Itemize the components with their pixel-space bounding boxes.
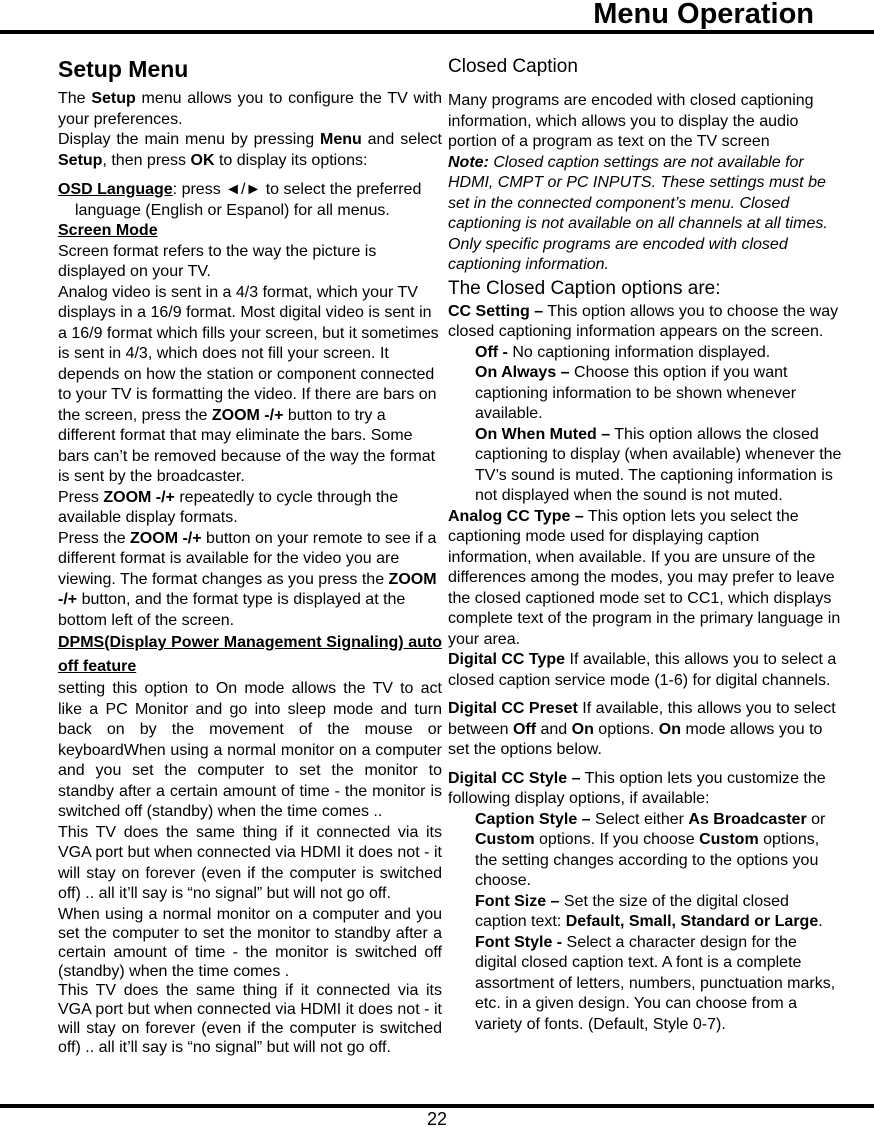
text-run: Digital CC Preset [448,700,578,717]
text-run: Custom [475,831,535,848]
text-run: Display the main menu by pressing [58,131,320,148]
text-run: OSD Language [58,181,173,198]
text-run: Digital CC Type [448,651,565,668]
screen-mode-paragraph-4: Press the ZOOM -/+ button on your remote… [58,529,442,632]
text-run: Select either [591,811,689,828]
text-run: button, and the format type is displayed… [58,591,405,629]
cc-setting-paragraph: CC Setting – This option allows you to c… [448,302,843,343]
text-run: OK [191,152,215,169]
text-run: and [536,721,572,738]
text-run: Note: [448,154,489,171]
page-header-title: Menu Operation [593,0,814,30]
text-run: Default, Small, Standard or Large [566,913,819,930]
text-run: Setup [58,152,102,169]
text-run: Font Size – [475,893,559,910]
text-run: Off - [475,344,508,361]
analog-cc-type-paragraph: Analog CC Type – This option lets you se… [448,507,843,651]
text-run: options. If you choose [535,831,700,848]
text-run: Font Style - [475,934,562,951]
text-run: ZOOM -/+ [130,530,202,547]
digital-cc-type-paragraph: Digital CC Type If available, this allow… [448,650,843,691]
text-run: ZOOM -/+ [103,489,175,506]
digital-cc-style-paragraph: Digital CC Style – This option lets you … [448,769,843,810]
text-run: The [58,90,91,107]
font-size-item: Font Size – Set the size of the digital … [475,892,843,933]
text-run: This option lets you select the captioni… [448,508,840,648]
cc-option-on-always: On Always – Choose this option if you wa… [475,363,843,425]
text-run: to display its options: [215,152,368,169]
text-run: Press [58,489,103,506]
text-run: and select [362,131,442,148]
header-rule [0,30,874,34]
text-run: On [659,721,681,738]
setup-display-paragraph: Display the main menu by pressing Menu a… [58,130,442,171]
osd-language-paragraph: OSD Language: press ◄/► to select the pr… [58,180,442,221]
cc-option-on-when-muted: On When Muted – This option allows the c… [475,425,843,507]
setup-menu-title: Setup Menu [58,56,442,82]
text-run: As Broadcaster [688,811,806,828]
closed-caption-note: Note: Closed caption settings are not av… [448,153,843,276]
dpms-paragraph-3: When using a normal monitor on a compute… [58,905,442,981]
text-run: Off [513,721,536,738]
screen-mode-paragraph-1: Screen format refers to the way the pict… [58,242,442,283]
dpms-paragraph-2: This TV does the same thing if it connec… [58,823,442,905]
text-run: No captioning information displayed. [508,344,770,361]
screen-mode-paragraph-3: Press ZOOM -/+ repeatedly to cycle throu… [58,488,442,529]
text-run: ZOOM -/+ [212,407,284,424]
footer-rule [0,1104,874,1108]
left-column: Setup Menu The Setup menu allows you to … [58,56,442,1057]
text-run: options. [594,721,659,738]
text-run: Setup [91,90,135,107]
text-run: On When Muted – [475,426,610,443]
text-run: On [572,721,594,738]
page-number: 22 [0,1109,874,1130]
text-run: Closed caption settings are not availabl… [448,154,828,274]
dpms-heading: DPMS(Display Power Management Signaling)… [58,631,442,679]
caption-style-item: Caption Style – Select either As Broadca… [475,810,843,892]
cc-option-off: Off - No captioning information displaye… [475,343,843,364]
text-run: , then press [102,152,190,169]
text-run: Press the [58,530,130,547]
screen-mode-paragraph-2: Analog video is sent in a 4/3 format, wh… [58,283,442,488]
text-run: Menu [320,131,362,148]
dpms-paragraph-1: setting this option to On mode allows th… [58,679,442,823]
text-run: Custom [699,831,759,848]
text-run: CC Setting – [448,303,543,320]
setup-intro-paragraph: The Setup menu allows you to configure t… [58,89,442,130]
closed-caption-intro: Many programs are encoded with closed ca… [448,91,843,153]
manual-page: Menu Operation Setup Menu The Setup menu… [0,0,874,1131]
text-run: Analog CC Type – [448,508,584,525]
digital-cc-preset-paragraph: Digital CC Preset If available, this all… [448,699,843,761]
text-run: or [807,811,826,828]
text-run: Digital CC Style – [448,770,580,787]
closed-caption-title: Closed Caption [448,56,843,78]
dpms-paragraph-4: This TV does the same thing if it connec… [58,981,442,1057]
text-run: Analog video is sent in a 4/3 format, wh… [58,284,439,424]
text-run: On Always – [475,364,570,381]
closed-caption-options-title: The Closed Caption options are: [448,276,843,302]
screen-mode-heading: Screen Mode [58,221,442,242]
font-style-item: Font Style - Select a character design f… [475,933,843,1036]
text-run: Caption Style – [475,811,591,828]
right-column: Closed Caption Many programs are encoded… [448,56,843,1035]
text-run: . [818,913,822,930]
